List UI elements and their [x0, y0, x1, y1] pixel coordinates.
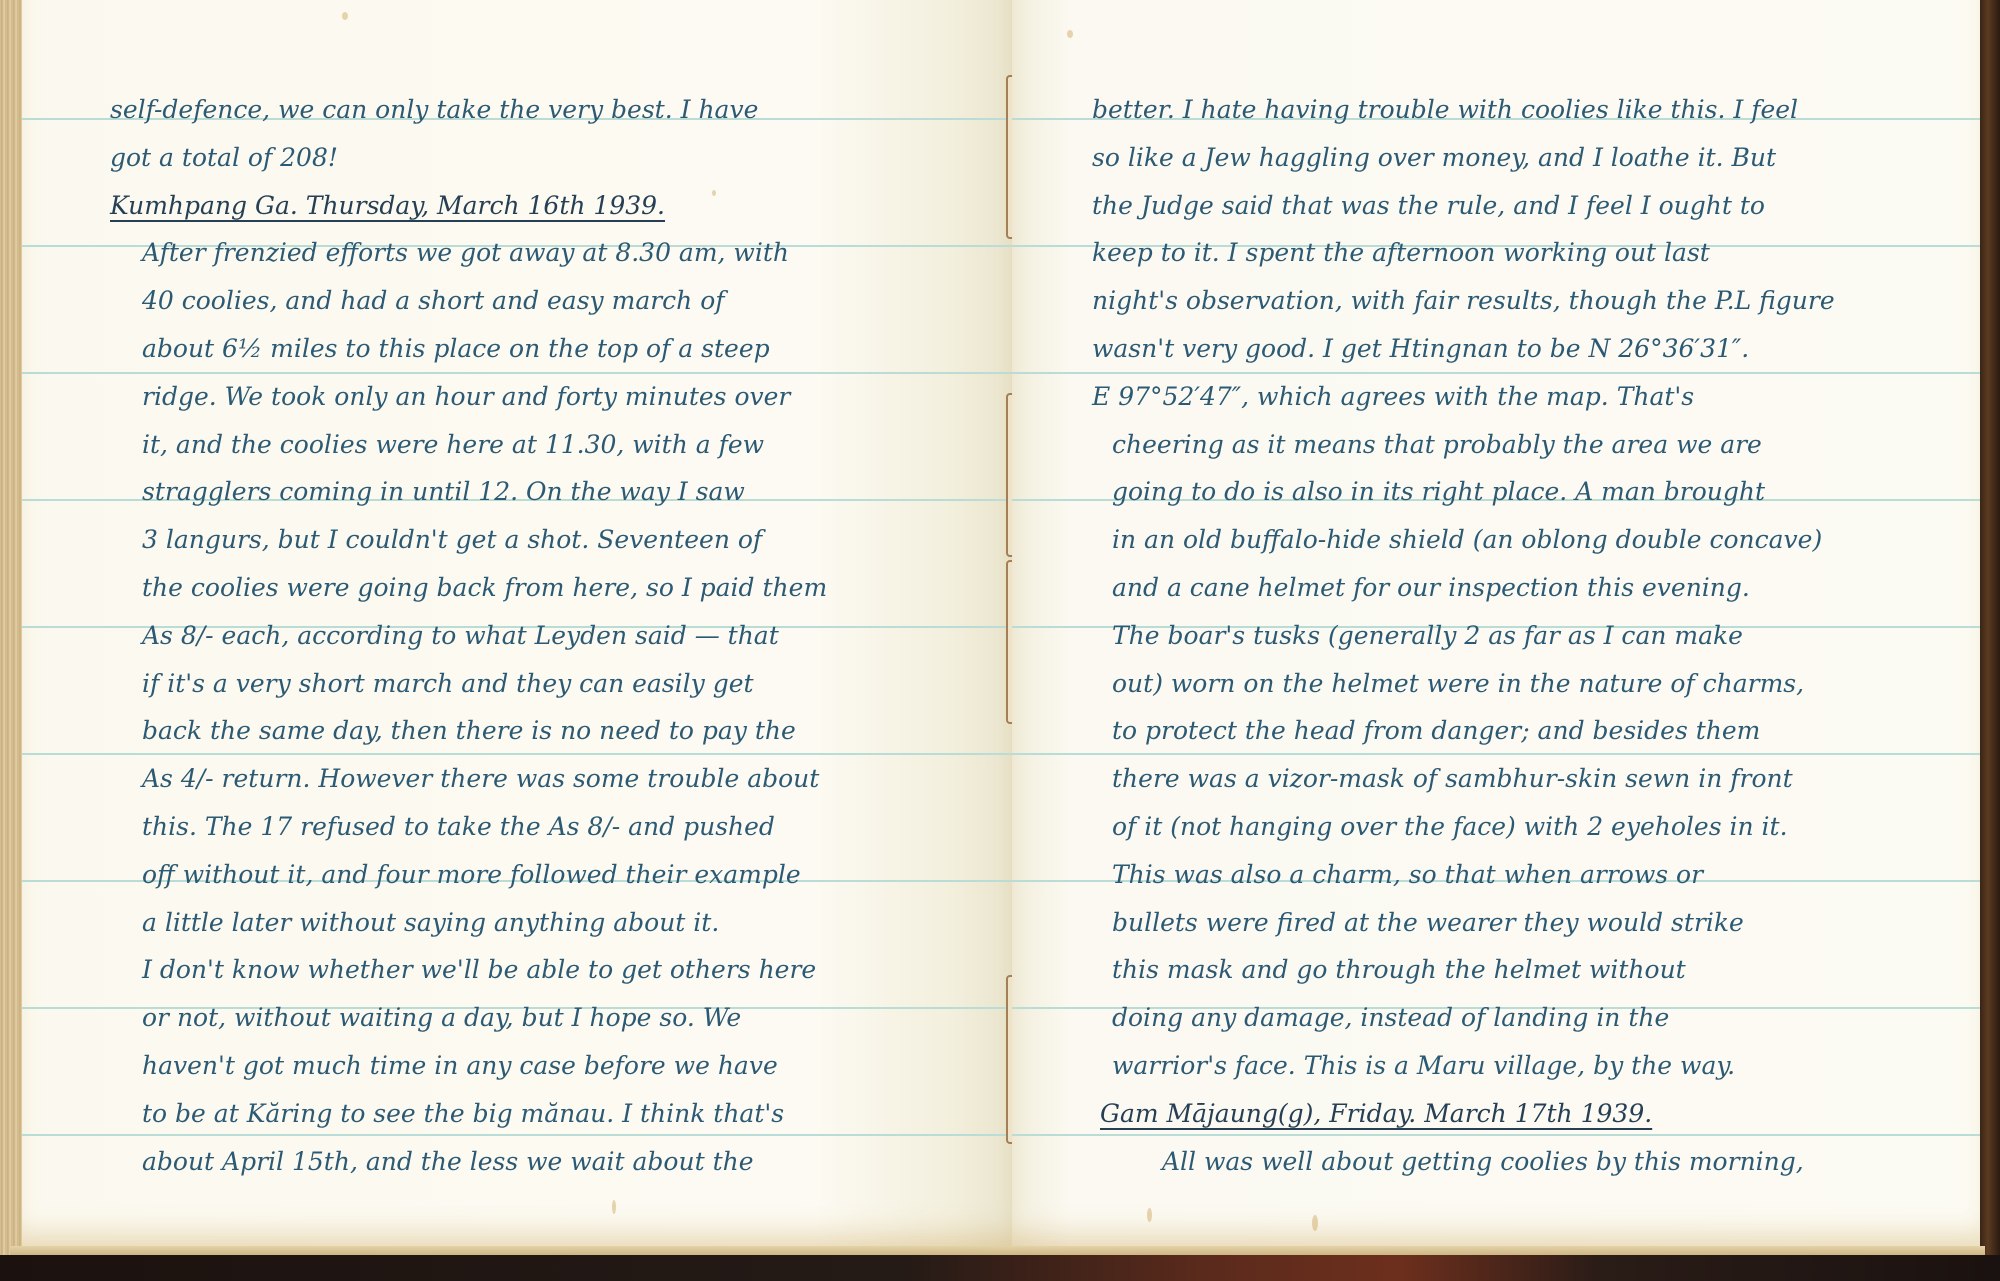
diary-line: the coolies were going back from here, s… — [110, 564, 990, 612]
left-page: self-defence, we can only take the very … — [22, 0, 1012, 1252]
diary-line: E 97°52′47″, which agrees with the map. … — [1092, 373, 1962, 421]
diary-line: to protect the head from danger; and bes… — [1092, 707, 1962, 755]
diary-line: about April 15th, and the less we wait a… — [110, 1138, 990, 1186]
diary-line: off without it, and four more followed t… — [110, 851, 990, 899]
diary-line: ridge. We took only an hour and forty mi… — [110, 373, 990, 421]
diary-line: wasn't very good. I get Htingnan to be N… — [1092, 325, 1962, 373]
foxing-spot — [342, 12, 348, 20]
diary-line: better. I hate having trouble with cooli… — [1092, 86, 1962, 134]
book-cover-edge — [1980, 0, 2000, 1258]
diary-line: in an old buffalo-hide shield (an oblong… — [1092, 516, 1962, 564]
diary-line: out) worn on the helmet were in the natu… — [1092, 660, 1962, 708]
diary-line: this. The 17 refused to take the As 8/- … — [110, 803, 990, 851]
foxing-spot — [1312, 1215, 1318, 1231]
diary-line: or not, without waiting a day, but I hop… — [110, 994, 990, 1042]
diary-line: 40 coolies, and had a short and easy mar… — [110, 277, 990, 325]
diary-line: I don't know whether we'll be able to ge… — [110, 946, 990, 994]
diary-line: the Judge said that was the rule, and I … — [1092, 182, 1962, 230]
diary-line: back the same day, then there is no need… — [110, 707, 990, 755]
diary-line: As 4/- return. However there was some tr… — [110, 755, 990, 803]
diary-line: warrior's face. This is a Maru village, … — [1092, 1042, 1962, 1090]
open-notebook: self-defence, we can only take the very … — [0, 0, 2000, 1258]
diary-line: doing any damage, instead of landing in … — [1092, 994, 1962, 1042]
diary-line: stragglers coming in until 12. On the wa… — [110, 468, 990, 516]
foxing-spot — [612, 1200, 616, 1214]
diary-line: After frenzied efforts we got away at 8.… — [110, 229, 990, 277]
entry-heading-march-16: Kumhpang Ga. Thursday, March 16th 1939. — [110, 182, 990, 230]
foxing-spot — [1067, 30, 1073, 38]
diary-line: bullets were fired at the wearer they wo… — [1092, 899, 1962, 947]
diary-line: keep to it. I spent the afternoon workin… — [1092, 229, 1962, 277]
diary-line: there was a vizor-mask of sambhur-skin s… — [1092, 755, 1962, 803]
diary-line: got a total of 208! — [110, 134, 990, 182]
diary-line: of it (not hanging over the face) with 2… — [1092, 803, 1962, 851]
diary-line: As 8/- each, according to what Leyden sa… — [110, 612, 990, 660]
diary-line: if it's a very short march and they can … — [110, 660, 990, 708]
right-page: better. I hate having trouble with cooli… — [1012, 0, 1980, 1252]
diary-line: night's observation, with fair results, … — [1092, 277, 1962, 325]
diary-line: cheering as it means that probably the a… — [1092, 421, 1962, 469]
diary-line: about 6½ miles to this place on the top … — [110, 325, 990, 373]
diary-line: it, and the coolies were here at 11.30, … — [110, 421, 990, 469]
diary-line: a little later without saying anything a… — [110, 899, 990, 947]
diary-line: All was well about getting coolies by th… — [1092, 1138, 1962, 1186]
foxing-spot — [1147, 1208, 1152, 1222]
left-page-text: self-defence, we can only take the very … — [110, 86, 990, 1185]
diary-line: to be at Kăring to see the big mănau. I … — [110, 1090, 990, 1138]
right-page-text: better. I hate having trouble with cooli… — [1092, 86, 1962, 1185]
entry-heading-march-17: Gam Mājaung(g), Friday. March 17th 1939. — [1092, 1090, 1962, 1138]
diary-line: going to do is also in its right place. … — [1092, 468, 1962, 516]
diary-line: this mask and go through the helmet with… — [1092, 946, 1962, 994]
diary-line: and a cane helmet for our inspection thi… — [1092, 564, 1962, 612]
diary-line: This was also a charm, so that when arro… — [1092, 851, 1962, 899]
diary-line: The boar's tusks (generally 2 as far as … — [1092, 612, 1962, 660]
diary-line: haven't got much time in any case before… — [110, 1042, 990, 1090]
diary-line: 3 langurs, but I couldn't get a shot. Se… — [110, 516, 990, 564]
diary-line: so like a Jew haggling over money, and I… — [1092, 134, 1962, 182]
diary-line: self-defence, we can only take the very … — [110, 86, 990, 134]
background-surface — [0, 1255, 2000, 1281]
